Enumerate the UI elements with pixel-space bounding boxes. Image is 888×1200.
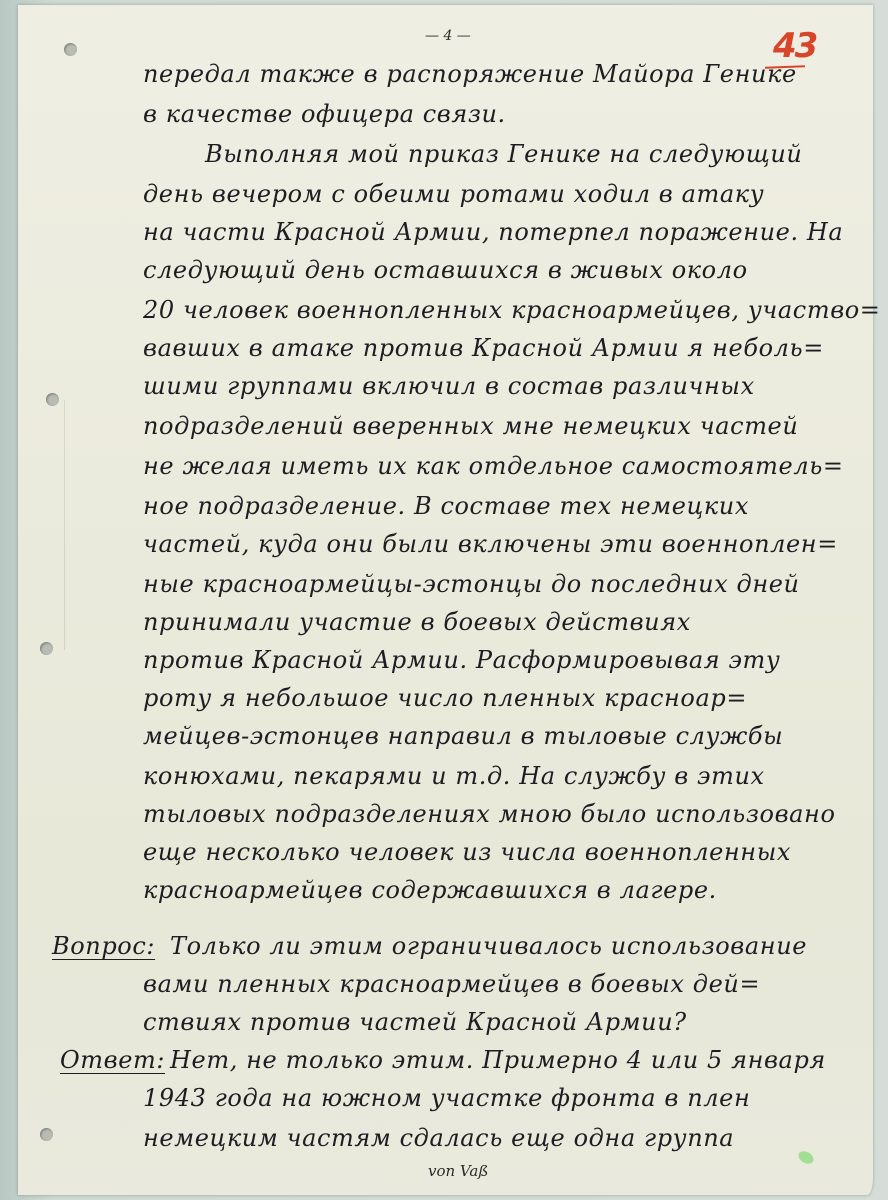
body-line: красноармейцев содержавшихся в лагере. xyxy=(143,876,717,904)
signature: von Vaß xyxy=(428,1162,488,1180)
question-line: вами пленных красноармейцев в боевых дей… xyxy=(143,970,760,998)
punch-hole xyxy=(46,393,59,406)
question-label: Вопрос: xyxy=(52,932,155,960)
body-line: вавших в атаке против Красной Армии я не… xyxy=(143,334,824,362)
punch-hole xyxy=(40,642,53,655)
body-line: передал также в распоряжение Майора Гени… xyxy=(143,60,797,88)
body-line: следующий день оставшихся в живых около xyxy=(143,256,748,284)
body-line: день вечером с обеими ротами ходил в ата… xyxy=(143,180,764,208)
body-line: ное подразделение. В составе тех немецки… xyxy=(143,492,749,520)
body-line: 20 человек военнопленных красноармейцев,… xyxy=(143,296,881,324)
body-line: роту я небольшое число пленных красноар= xyxy=(143,684,747,712)
answer-line: Нет, не только этим. Примерно 4 или 5 ян… xyxy=(170,1046,826,1074)
body-line: не желая иметь их как отдельное самостоя… xyxy=(143,452,844,480)
body-line: шими группами включил в состав различных xyxy=(143,372,755,400)
body-line: в качестве офицера связи. xyxy=(143,100,506,128)
question-line: Только ли этим ограничивалось использова… xyxy=(170,932,807,960)
body-line: подразделений вверенных мне немецких час… xyxy=(143,412,798,440)
paper-crease xyxy=(64,400,65,650)
answer-line: немецким частям сдалась еще одна группа xyxy=(143,1124,734,1152)
body-line: тыловых подразделениях мною было использ… xyxy=(143,800,836,828)
answer-label: Ответ: xyxy=(60,1046,165,1074)
question-line: ствиях против частей Красной Армии? xyxy=(143,1008,687,1036)
body-line: конюхами, пекарями и т.д. На службу в эт… xyxy=(143,762,765,790)
body-line: Выполняя мой приказ Генике на следующий xyxy=(205,140,802,168)
body-line: на части Красной Армии, потерпел поражен… xyxy=(143,218,843,246)
page-number: — 4 — xyxy=(425,28,471,44)
answer-line: 1943 года на южном участке фронта в плен xyxy=(143,1084,750,1112)
punch-hole xyxy=(64,43,77,56)
punch-hole xyxy=(40,1128,53,1141)
body-line: против Красной Армии. Расформировывая эт… xyxy=(143,646,780,674)
body-line: мейцев-эстонцев направил в тыловые служб… xyxy=(143,722,783,750)
body-line: принимали участие в боевых действиях xyxy=(143,608,691,636)
body-line: частей, куда они были включены эти военн… xyxy=(143,530,838,558)
body-line: ные красноармейцы-эстонцы до последних д… xyxy=(143,570,800,598)
body-line: еще несколько человек из числа военнопле… xyxy=(143,838,791,866)
